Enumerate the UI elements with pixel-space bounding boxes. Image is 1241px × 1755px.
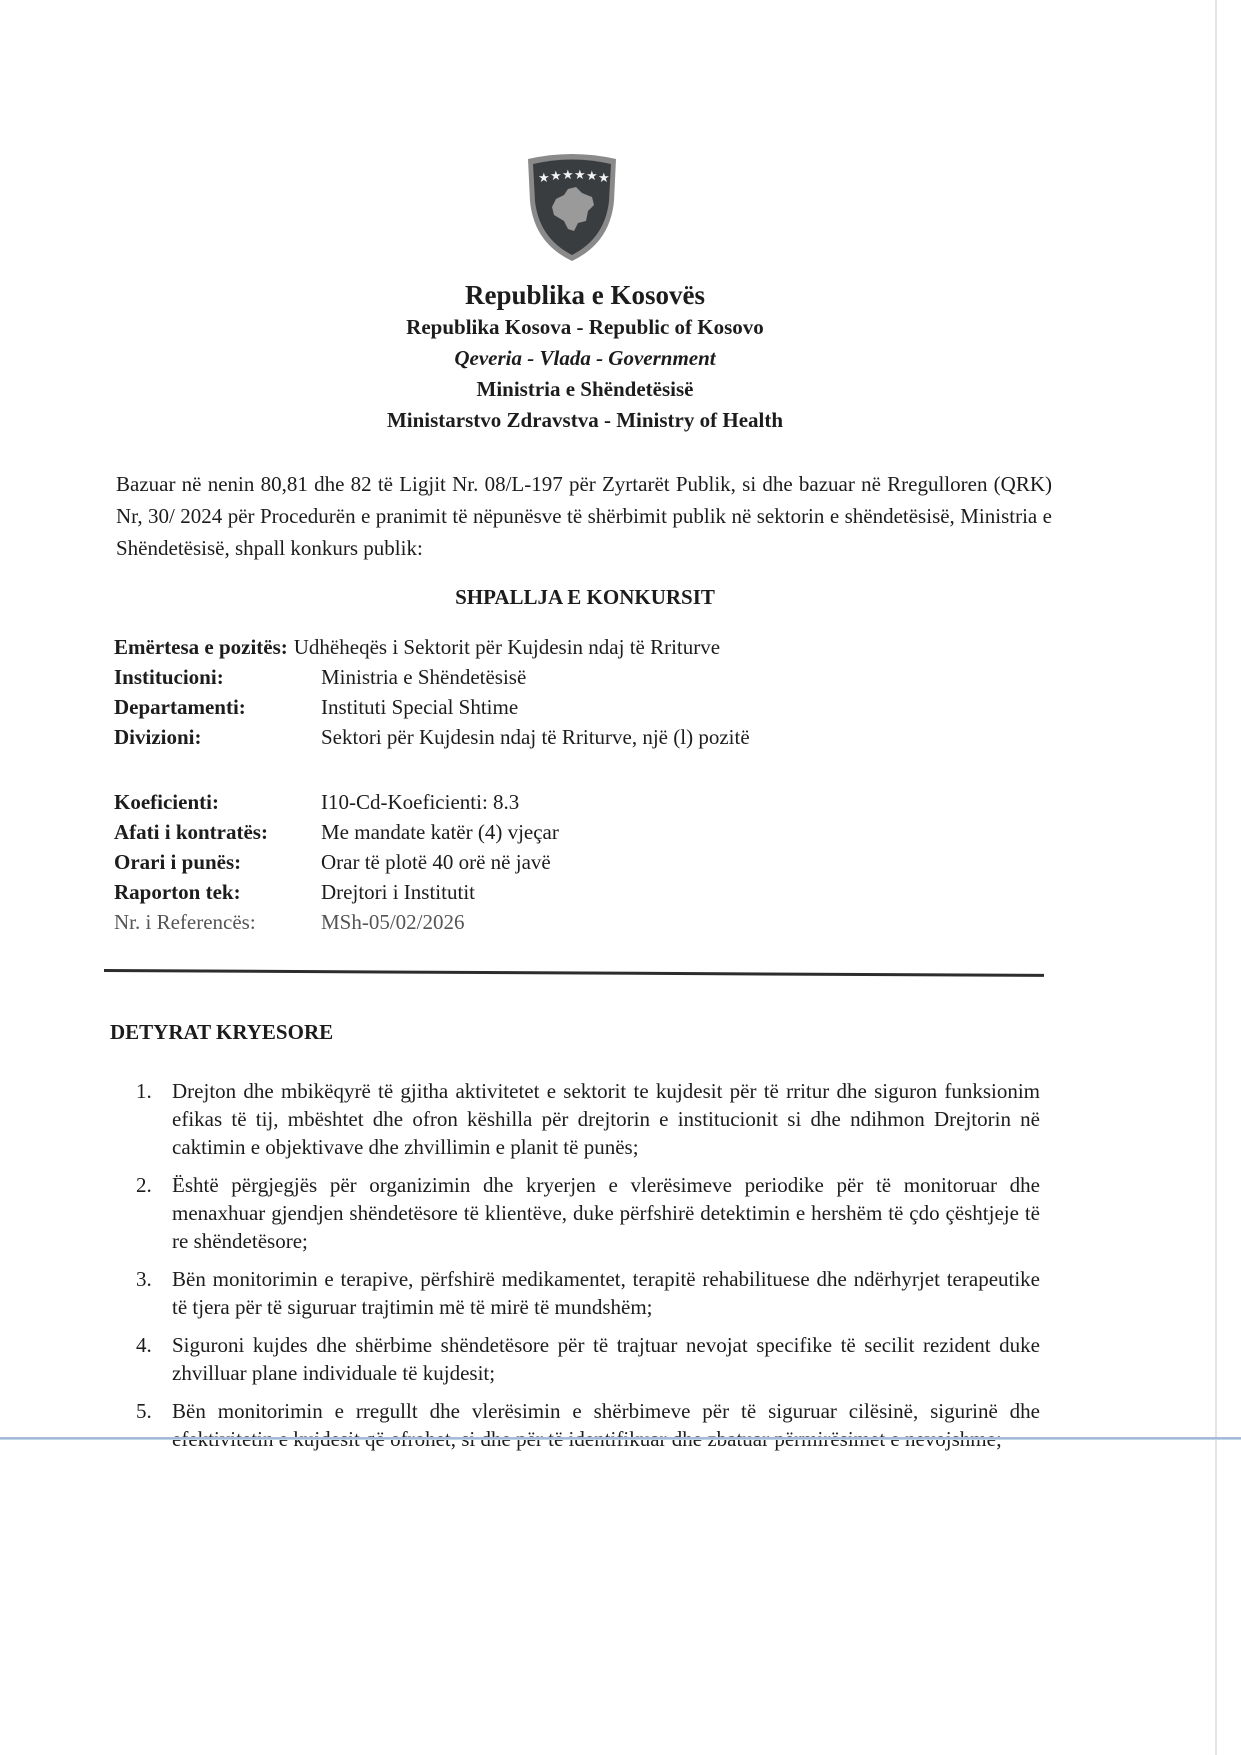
intro-paragraph: Bazuar në nenin 80,81 dhe 82 të Ligjit N… [116,468,1052,564]
field-reports-to: Raporton tek: Drejtori i Institutit [114,877,559,907]
field-value: Me mandate katër (4) vjeçar [321,817,559,847]
contract-fields: Koeficienti: I10-Cd-Koeficienti: 8.3 Afa… [114,787,559,937]
section-divider [104,969,1044,977]
country-name-translations: Republika Kosova - Republic of Kosovo [0,312,1170,343]
svg-text:★: ★ [562,168,574,183]
item-text: Bën monitorimin e rregullt dhe vlerësimi… [172,1399,1040,1451]
ministry-name-translations: Ministarstvo Zdravstva - Ministry of Hea… [0,405,1170,436]
field-label: Institucioni: [114,662,321,692]
item-text: Siguroni kujdes dhe shërbime shëndetësor… [172,1333,1040,1385]
field-value: Ministria e Shëndetësisë [321,662,526,692]
svg-text:★: ★ [586,169,598,184]
item-number: 5. [136,1397,152,1425]
government-line: Qeveria - Vlada - Government [0,343,1170,374]
field-label: Divizioni: [114,722,321,752]
field-label: Raporton tek: [114,877,321,907]
scan-artifact-horizontal [0,1437,1241,1440]
svg-text:★: ★ [550,169,562,184]
item-number: 3. [136,1265,152,1293]
item-number: 4. [136,1331,152,1359]
field-label: Orari i punës: [114,847,321,877]
ministry-name: Ministria e Shëndetësisë [0,374,1170,405]
list-item: 2. Është përgjegjës për organizimin dhe … [152,1171,1040,1255]
field-value: Drejtori i Institutit [321,877,475,907]
item-number: 2. [136,1171,152,1199]
item-number: 1. [136,1077,152,1105]
field-value: Udhëheqës i Sektorit për Kujdesin ndaj t… [294,632,720,662]
field-institution: Institucioni: Ministria e Shëndetësisë [114,662,750,692]
list-item: 1. Drejton dhe mbikëqyrë të gjitha aktiv… [152,1077,1040,1161]
field-label: Emërtesa e pozitës: [114,632,288,662]
field-value: Instituti Special Shtime [321,692,518,722]
field-department: Departamenti: Instituti Special Shtime [114,692,750,722]
item-text: Është përgjegjës për organizimin dhe kry… [172,1173,1040,1253]
field-contract-term: Afati i kontratës: Me mandate katër (4) … [114,817,559,847]
duties-list: 1. Drejton dhe mbikëqyrë të gjitha aktiv… [152,1077,1040,1463]
list-item: 4. Siguroni kujdes dhe shërbime shëndetë… [152,1331,1040,1387]
field-label: Departamenti: [114,692,321,722]
field-label: Nr. i Referencës: [114,907,321,937]
field-reference-number: Nr. i Referencës: MSh-05/02/2026 [114,907,559,937]
kosovo-coat-of-arms-icon: ★★★ ★★★ [524,151,620,264]
item-text: Bën monitorimin e terapive, përfshirë me… [172,1267,1040,1319]
field-division: Divizioni: Sektori për Kujdesin ndaj të … [114,722,750,752]
scan-artifact-vertical [1215,0,1217,1755]
letterhead: Republika e Kosovës Republika Kosova - R… [0,278,1170,436]
field-value: I10-Cd-Koeficienti: 8.3 [321,787,519,817]
duties-heading: DETYRAT KRYESORE [110,1020,333,1045]
field-work-hours: Orari i punës: Orar të plotë 40 orë në j… [114,847,559,877]
field-position-title: Emërtesa e pozitës: Udhëheqës i Sektorit… [114,632,750,662]
item-text: Drejton dhe mbikëqyrë të gjitha aktivite… [172,1079,1040,1159]
list-item: 5. Bën monitorimin e rregullt dhe vlerës… [152,1397,1040,1453]
field-value: MSh-05/02/2026 [321,907,465,937]
announcement-title: SHPALLJA E KONKURSIT [0,585,1170,610]
list-item: 3. Bën monitorimin e terapive, përfshirë… [152,1265,1040,1321]
field-label: Afati i kontratës: [114,817,321,847]
country-name: Republika e Kosovës [0,278,1170,312]
svg-text:★: ★ [538,171,550,186]
position-fields: Emërtesa e pozitës: Udhëheqës i Sektorit… [114,632,750,752]
svg-text:★: ★ [598,171,610,186]
field-value: Orar të plotë 40 orë në javë [321,847,551,877]
svg-text:★: ★ [574,168,586,183]
field-coefficient: Koeficienti: I10-Cd-Koeficienti: 8.3 [114,787,559,817]
field-label: Koeficienti: [114,787,321,817]
field-value: Sektori për Kujdesin ndaj të Rriturve, n… [321,722,750,752]
